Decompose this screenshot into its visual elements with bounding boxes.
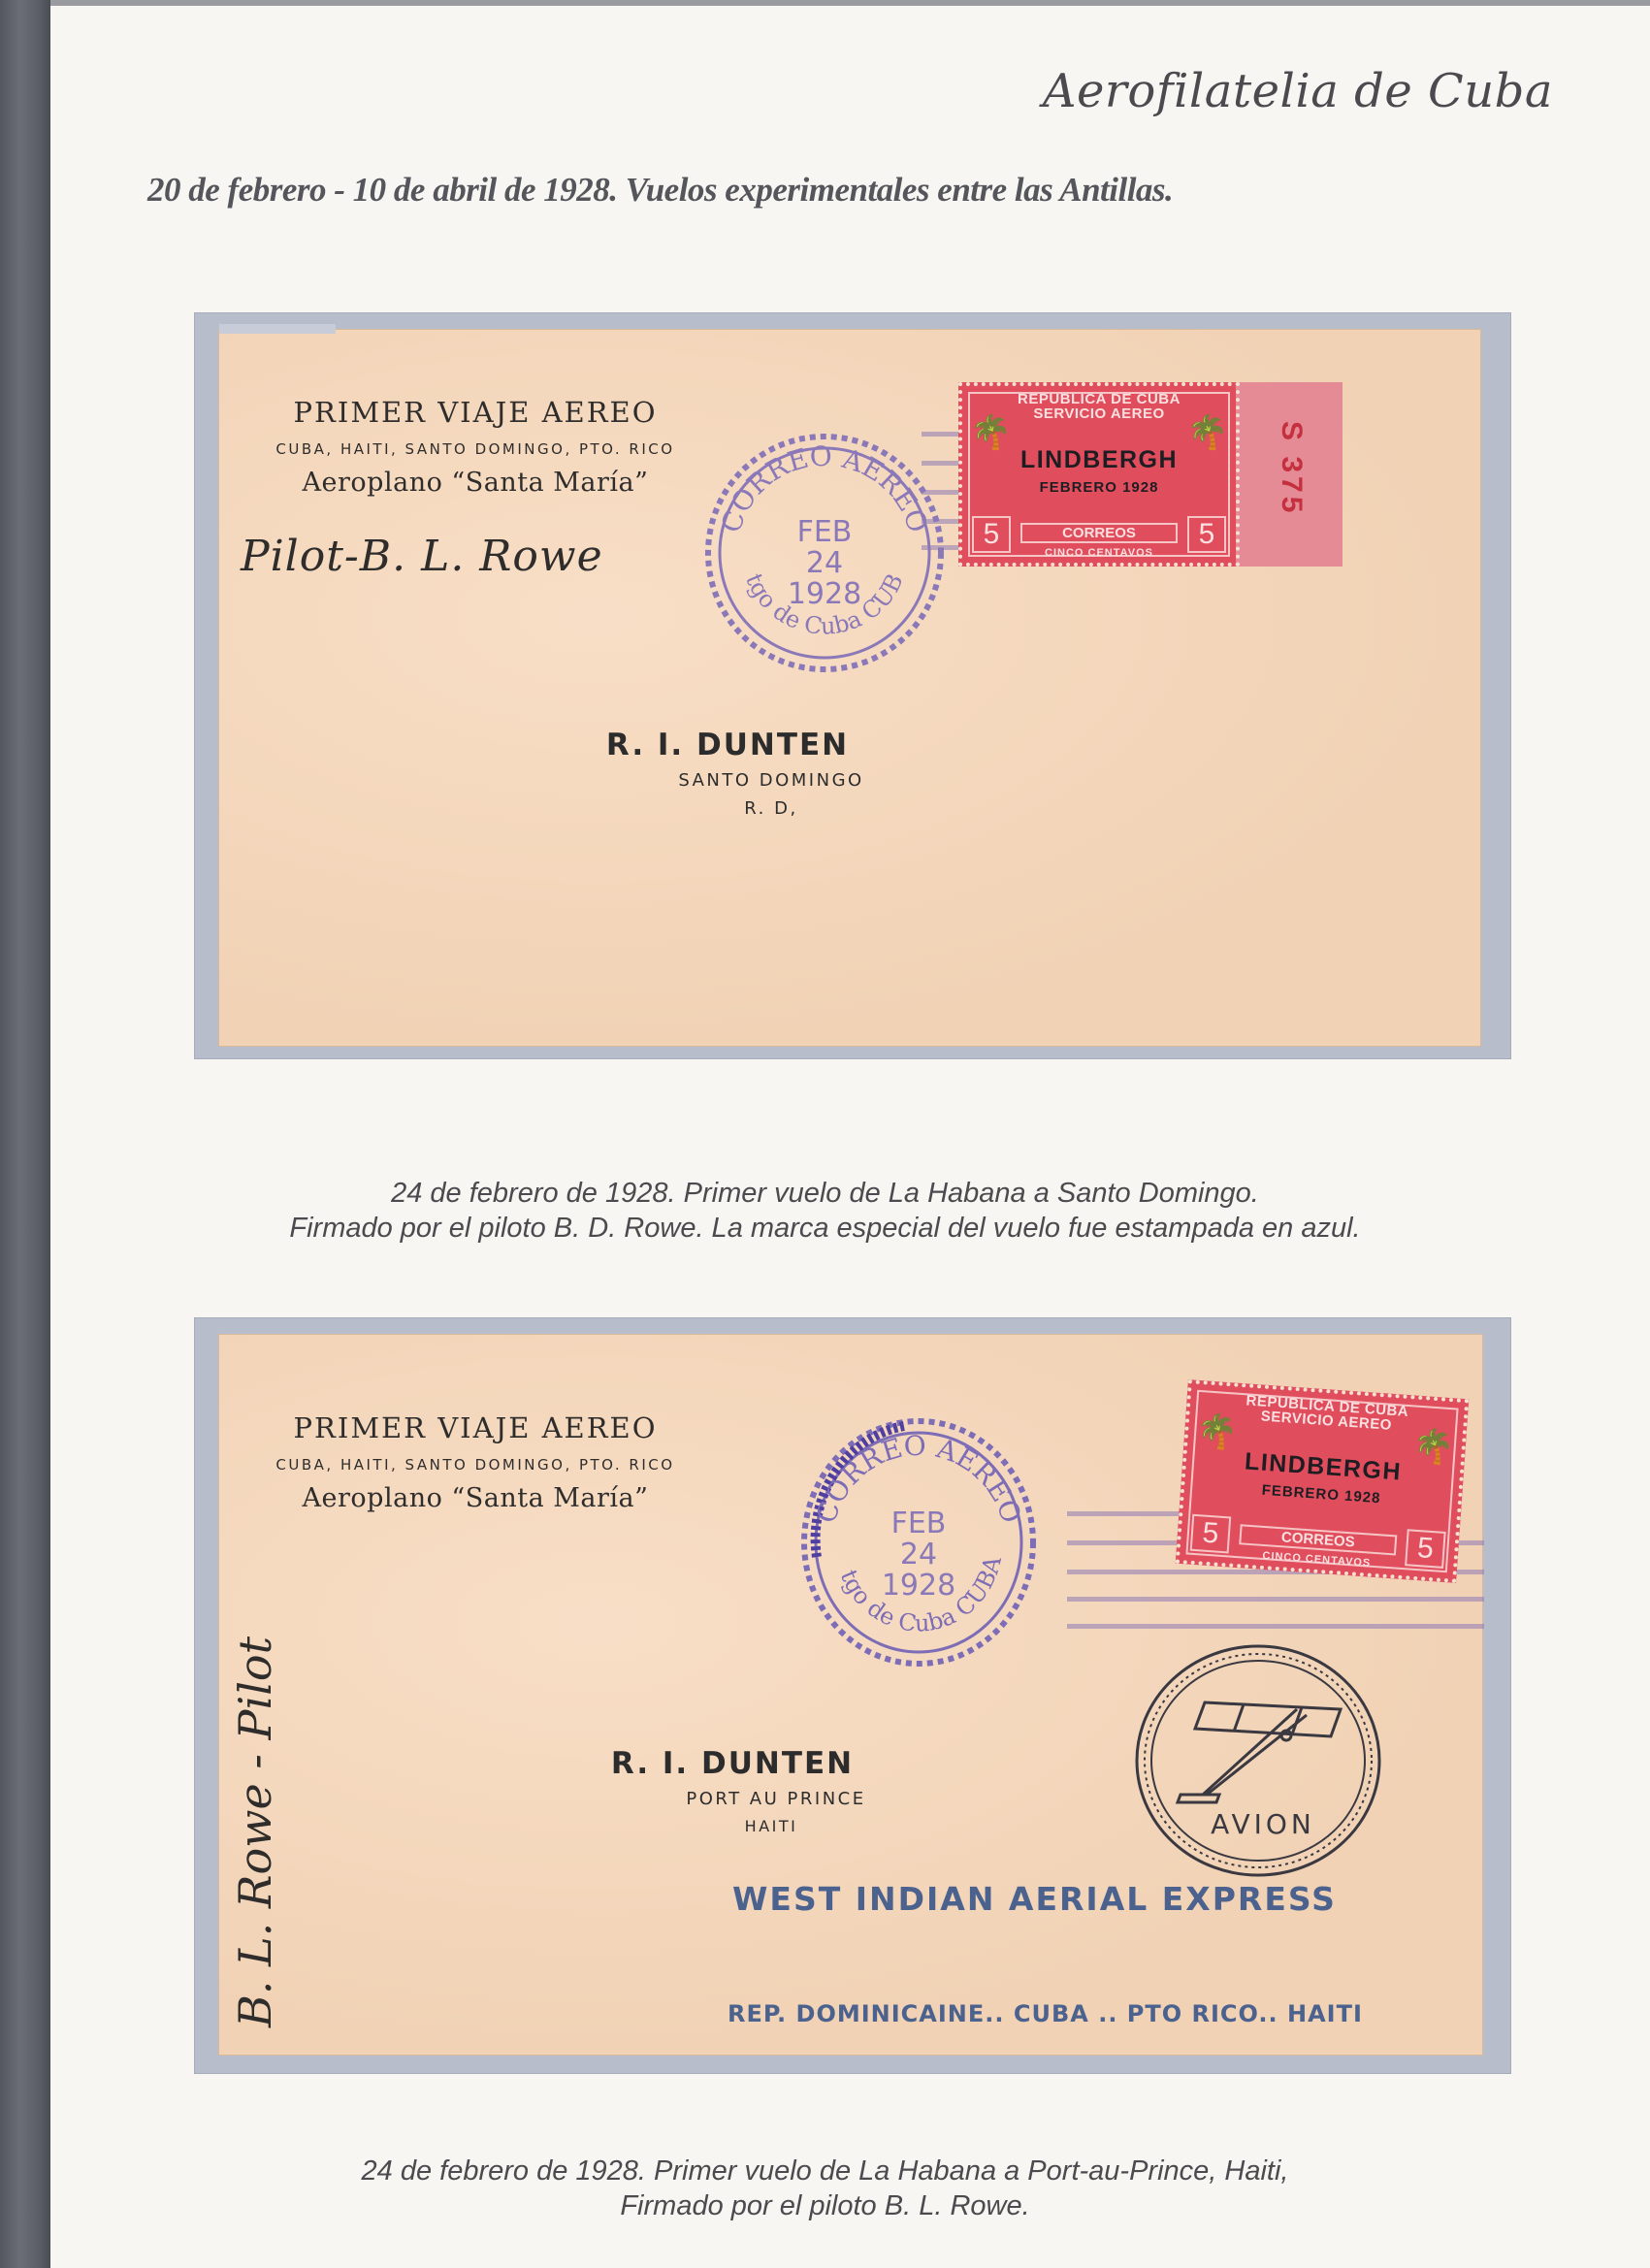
svg-text:AVION: AVION [1211, 1808, 1315, 1840]
return-aircraft: Aeroplano “Santa María” [272, 1483, 679, 1513]
cover-2-lindbergh-stamp: 🌴 🌴 REPUBLICA DE CUBASERVICIO AEREO LIND… [1176, 1379, 1470, 1583]
cover-1-address: R. I. DUNTEN SANTO DOMINGO R. D, [543, 728, 912, 819]
return-title: PRIMER VIAJE AEREO [272, 1411, 679, 1444]
page-subtitle: 20 de febrero - 10 de abril de 1928. Vue… [147, 171, 1173, 210]
return-route: CUBA, HAITI, SANTO DOMINGO, PTO. RICO [272, 1456, 679, 1474]
cover-2-pilot-signature: B. L. Rowe - Pilot [229, 1636, 281, 2027]
mount-corner-tab [219, 324, 336, 334]
return-route: CUBA, HAITI, SANTO DOMINGO, PTO. RICO [272, 440, 679, 458]
svg-text:24: 24 [900, 1538, 937, 1571]
airplane-icon [1178, 1702, 1341, 1802]
airline-cachet-line2: REP. DOMINICAINE.. CUBA .. PTO RICO.. HA… [728, 2000, 1363, 2027]
stamp-overprint-date: FEBRERO 1928 [962, 479, 1236, 496]
album-binder-edge [0, 0, 50, 2268]
page-top-edge [50, 0, 1650, 6]
cover-2-caption: 24 de febrero de 1928. Primer vuelo de L… [0, 2154, 1650, 2223]
cover-2-address: R. I. DUNTEN PORT AU PRINCE HAITI [572, 1746, 892, 1835]
page-title: Aerofilatelia de Cuba [1043, 64, 1553, 118]
cover-1-return-block: PRIMER VIAJE AEREO CUBA, HAITI, SANTO DO… [272, 396, 679, 498]
svg-text:24: 24 [806, 546, 843, 580]
cover-1-lindbergh-stamp: 🌴 🌴 REPUBLICA DE CUBASERVICIO AEREO LIND… [958, 382, 1240, 567]
cover-1-sheet-margin: S 375 [1236, 382, 1343, 567]
svg-text:1928: 1928 [788, 577, 861, 611]
cover-2-return-block: PRIMER VIAJE AEREO CUBA, HAITI, SANTO DO… [272, 1411, 679, 1513]
stamp-overprint: LINDBERGH [962, 446, 1236, 474]
svg-text:1928: 1928 [882, 1569, 955, 1603]
cover-1-pilot-signature: Pilot-B. L. Rowe [241, 532, 603, 581]
cover-2-avion-cachet: AVION [1127, 1639, 1389, 1882]
return-aircraft: Aeroplano “Santa María” [272, 468, 679, 498]
cover-2-postmark: CORREO AEREO Stgo de Cuba CUBA FEB 24 19… [788, 1411, 1050, 1673]
svg-text:FEB: FEB [891, 1507, 947, 1540]
svg-text:FEB: FEB [797, 515, 853, 549]
airline-cachet-line1: WEST INDIAN AERIAL EXPRESS [732, 1880, 1337, 1918]
return-title: PRIMER VIAJE AEREO [272, 396, 679, 429]
cover-1-caption: 24 de febrero de 1928. Primer vuelo de L… [0, 1176, 1650, 1246]
cancel-bar [1067, 1624, 1484, 1629]
cover-1-postmark: CORREO AEREO Stgo de Cuba CUBA FEB 24 19… [694, 427, 955, 679]
cancel-bar [1067, 1597, 1484, 1602]
sheet-number: S 375 [1275, 421, 1308, 516]
